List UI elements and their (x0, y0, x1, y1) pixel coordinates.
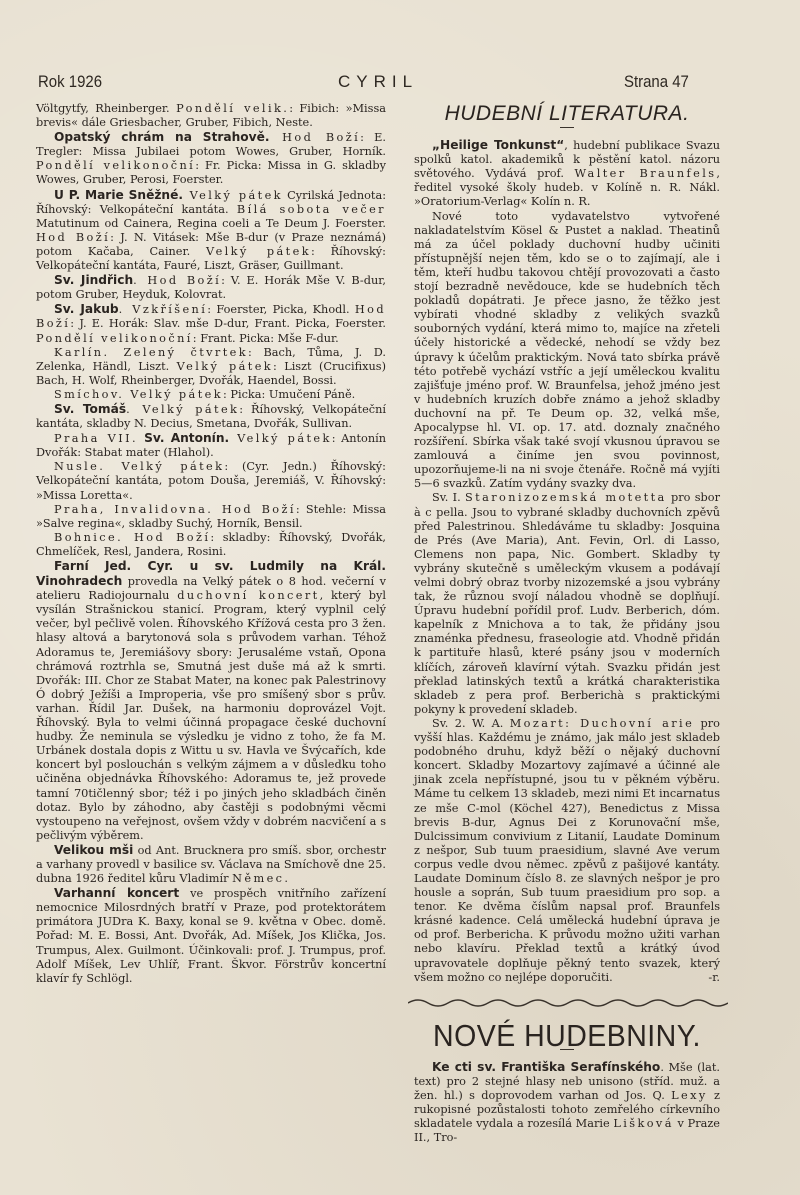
text: : Picka: Umučení Páně. (223, 388, 355, 401)
heading-marie-snezne: U P. Marie Sněžné. (54, 188, 183, 202)
paragraph-jakub: Sv. Jakub. Vzkříšení: Foerster, Picka, K… (36, 302, 386, 345)
spaced-text: Nusle. Velký pátek (54, 460, 224, 473)
spaced-text: Pondělí velik. (176, 102, 289, 115)
paragraph: Völtgytfy, Rheinberger. Pondělí velik.: … (36, 102, 386, 130)
header-journal-title: CYRIL (338, 72, 418, 92)
divider (560, 127, 574, 128)
paragraph-bruckner: Velikou mši od Ant. Brucknera pro smíš. … (36, 843, 386, 886)
text: Sv. I. (432, 491, 465, 504)
spaced-text: Velký pátek (183, 189, 283, 202)
section-title-hudebni-literatura: HUDEBNÍ LITERATURA. (414, 107, 720, 121)
wavy-divider (408, 997, 728, 1009)
paragraph-ludmila: Farní Jed. Cyr. u sv. Ludmily na Král. V… (36, 559, 386, 843)
text: , který byl vysílán Strašnickou stanicí.… (36, 589, 386, 842)
spaced-text: Bohnice. Hod Boží (54, 531, 210, 544)
paragraph-bohnice: Bohnice. Hod Boží: skladby: Říhovský, Dv… (36, 531, 386, 559)
paragraph-nusle: Nusle. Velký pátek: (Cyr. Jedn.) Říhovsk… (36, 460, 386, 502)
left-column: Völtgytfy, Rheinberger. Pondělí velik.: … (36, 102, 386, 986)
text: . (284, 872, 288, 885)
spaced-text: Velký pátek (206, 245, 311, 258)
text: pro vyšší hlas. Každému je známo, jak má… (414, 717, 720, 984)
heading-frantisek-serafinsky: Ke cti sv. Františka Serafínského (432, 1060, 660, 1074)
paragraph-karlin: Karlín. Zelený čtvrtek: Bach, Tůma, J. D… (36, 346, 386, 388)
paragraph-strahov: Opatský chrám na Strahově. Hod Boží: E. … (36, 130, 386, 187)
section-title-nove-hudebniny: NOVÉ HUDEBNINY. (426, 1029, 708, 1043)
heading-jakub: Sv. Jakub (54, 302, 119, 316)
spaced-text: Mozart: Duchovní arie (510, 717, 694, 730)
spaced-text: Walter Braunfels (575, 167, 717, 180)
spaced-text: Velký pátek (177, 360, 273, 373)
heading-varhanni-koncert: Varhanní koncert (54, 886, 179, 900)
paragraph-antonin: Praha VII. Sv. Antonín. Velký pátek: Ant… (36, 431, 386, 460)
text: ve prospěch vnitřního zařízení nemocnice… (36, 887, 386, 985)
text: pro sbor à c pella. Jsou to vybrané skla… (414, 491, 720, 715)
spaced-text: Staronizozemská motetta (465, 491, 667, 504)
spaced-text: Lišková (613, 1117, 673, 1130)
paragraph-tomas: Sv. Tomáš. Velký pátek: Říhovský, Velkop… (36, 402, 386, 431)
heading-heilige-tonkunst: „Heilige Tonkunst“ (432, 138, 564, 152)
text: : Foerster, Picka, Khodl. (207, 303, 355, 316)
author-signature: -r. (690, 971, 720, 985)
spaced-text: Lexy (671, 1089, 708, 1102)
spaced-text: duchovní koncert (177, 589, 319, 602)
spaced-text: Velký pátek (229, 432, 332, 445)
spaced-text: . Hod Boží (133, 274, 221, 287)
paragraph-vydavatelstvo: Nové toto vydavatelstvo vytvořené naklad… (414, 210, 720, 492)
spaced-text: Bílá sobota večer (237, 203, 386, 216)
spaced-text: Pondělí velikonoční (36, 332, 193, 345)
paragraph-heilige-tonkunst: „Heilige Tonkunst“, hudební publikace Sv… (414, 138, 720, 209)
paragraph-invalidovna: Praha, Invalidovna. Hod Boží: Stehle: Mi… (36, 503, 386, 531)
spaced-text: Pondělí velikonoční (36, 159, 195, 172)
page-header: Rok 1926 CYRIL Strana 47 (0, 72, 800, 96)
heading-jindrich: Sv. Jindřich (54, 273, 133, 287)
spaced-text: Hod Boží (36, 231, 110, 244)
heading-strahov: Opatský chrám na Strahově. (54, 130, 270, 144)
heading-antonin: Sv. Antonín. (138, 431, 229, 445)
spaced-text: Hod Boží (270, 131, 361, 144)
paragraph-svazek-2: Sv. 2. W. A. Mozart: Duchovní arie pro v… (414, 717, 720, 985)
header-page-number: Strana 47 (624, 72, 689, 92)
paragraph-jindrich: Sv. Jindřich. Hod Boží: V. E. Horák Mše … (36, 273, 386, 302)
spaced-text: Praha VII. (54, 432, 138, 445)
heading-tomas: Sv. Tomáš (54, 402, 126, 416)
header-year: Rok 1926 (38, 72, 102, 92)
text: Sv. 2. W. A. (432, 717, 510, 730)
text: Matutinum od Cainera, Regina coeli a Te … (36, 217, 386, 230)
spaced-text: Němec (232, 872, 284, 885)
paragraph-smichov: Smíchov. Velký pátek: Picka: Umučení Pán… (36, 388, 386, 402)
paragraph-varhanni-koncert: Varhanní koncert ve prospěch vnitřního z… (36, 886, 386, 986)
paragraph-svazek-1: Sv. I. Staronizozemská motetta pro sbor … (414, 491, 720, 717)
text: : J. E. Horák: Slav. mše D-dur, Frant. P… (70, 317, 386, 330)
spaced-text: . Velký pátek (126, 403, 239, 416)
text: Völtgytfy, Rheinberger. (36, 102, 176, 115)
spaced-text: Karlín. Zelený čtvrtek (54, 346, 248, 359)
spaced-text: Smíchov. Velký pátek (54, 388, 223, 401)
spaced-text: Praha, Invalidovna. Hod Boží (54, 503, 296, 516)
paragraph-marie-snezne: U P. Marie Sněžné. Velký pátek Cyrilská … (36, 188, 386, 274)
spaced-text: . Vzkříšení (119, 303, 208, 316)
paragraph-frantisek-serafinsky: Ke cti sv. Františka Serafínského. Mše (… (414, 1060, 720, 1146)
text: : Frant. Picka: Mše F-dur. (193, 332, 339, 345)
right-column: HUDEBNÍ LITERATURA. „Heilige Tonkunst“, … (414, 102, 720, 1145)
heading-velikou-msi: Velikou mši (54, 843, 133, 857)
